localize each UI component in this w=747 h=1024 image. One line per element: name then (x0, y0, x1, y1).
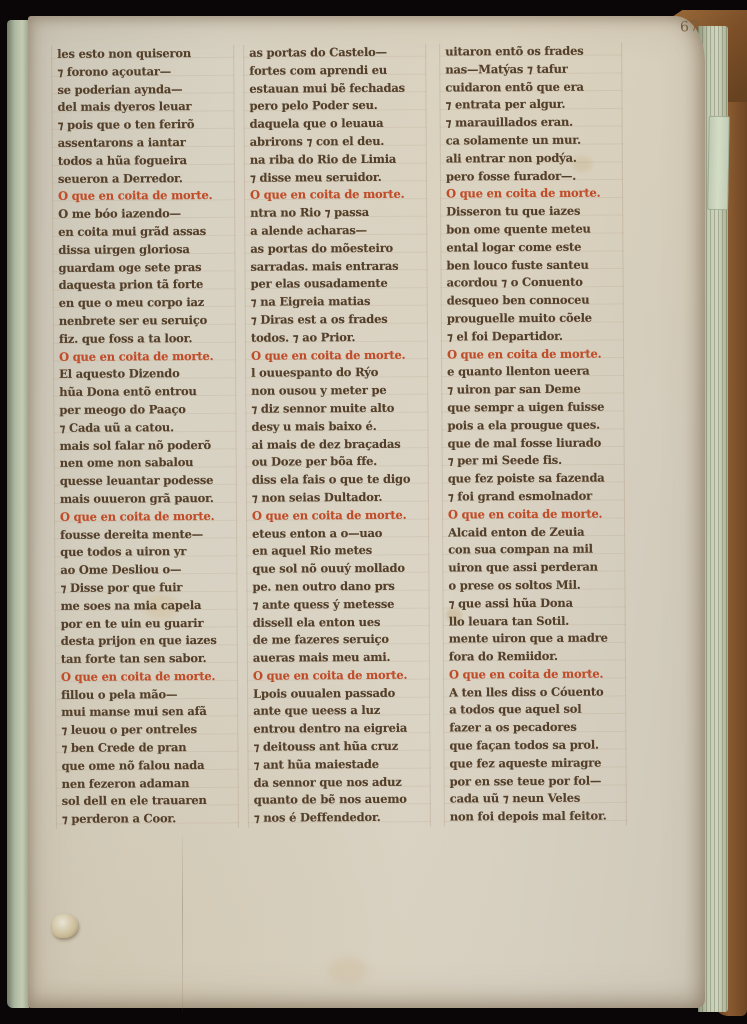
text-line: por en sse teue por fol— (450, 772, 621, 791)
text-line: ⁊ que assi hũa Dona (449, 594, 620, 613)
text-line: sarradas. mais entraras (250, 257, 421, 276)
text-line: non ousou y meter pe (251, 382, 422, 401)
text-line: todos a hũa fogueira (58, 152, 229, 171)
text-line: nen fezeron adaman (62, 774, 233, 793)
text-line: fazer a os pecadores (449, 719, 620, 738)
text-line: ou Doze per bõa ffe. (252, 453, 423, 472)
text-line: pois a ela prougue ques. (447, 416, 618, 435)
text-line: nen ome non sabalou (60, 454, 231, 473)
text-line: ao Ome Desliou o— (60, 561, 231, 580)
rubric-line: O que en coita de morte. (253, 667, 424, 686)
text-line: per elas ousadamente (251, 275, 422, 294)
text-line: ⁊ nos é Deffendedor. (254, 809, 425, 828)
text-line: en que o meu corpo iaz (59, 294, 230, 313)
text-line: diss ela fais o que te digo (252, 471, 423, 490)
rubric-line: O que en coita de morte. (250, 186, 421, 205)
text-line: me soes na mia capela (61, 597, 232, 616)
text-line: as portas do Castelo— (249, 44, 420, 63)
text-line: que sempr a uigen fuisse (447, 398, 618, 417)
text-line: ben louco fuste santeu (446, 256, 617, 275)
text-line: fortes com aprendi eu (249, 61, 420, 80)
text-line: assentarons a iantar (58, 134, 229, 153)
text-line: na riba do Rio de Limia (250, 150, 421, 169)
text-line: aueras mais meu ami. (253, 649, 424, 668)
text-line: mais ouueron grã pauor. (60, 490, 231, 509)
text-line: quesse leuantar podesse (60, 472, 231, 491)
text-line: dissa uirgen gloriosa (58, 241, 229, 260)
text-line: fora do Remiidor. (449, 648, 620, 667)
text-line: que ome nõ falou nada (61, 757, 232, 776)
text-line: nas—Matýas ⁊ tafur (445, 60, 616, 79)
text-line: desta prijon en que iazes (61, 632, 232, 651)
rubric-line: O que en coita de morte. (449, 665, 620, 684)
text-line: desqueo ben connoceu (447, 292, 618, 311)
text-line: en aquel Rio metes (252, 542, 423, 561)
text-line: ⁊ ben Crede de pran (61, 739, 232, 758)
text-line: que fez poiste sa fazenda (448, 470, 619, 489)
text-line: fousse dereita mente— (60, 525, 231, 544)
text-line: as portas do mõesteiro (250, 239, 421, 258)
text-line: hũa Dona entõ entrou (59, 383, 230, 402)
text-line: ca solamente un mur. (446, 131, 617, 150)
text-line: ⁊ ant hũa maiestade (253, 756, 424, 775)
text-line: ⁊ Diras est a os frades (251, 311, 422, 330)
text-line: que de mal fosse liurado (448, 434, 619, 453)
text-line: que todos a uiron yr (60, 543, 231, 562)
text-line: da sennor que nos aduz (254, 773, 425, 792)
text-line: daquela que o leuaua (250, 115, 421, 134)
text-line: seueron a Derredor. (58, 169, 229, 188)
text-line: ental logar come este (446, 238, 617, 257)
text-line: sol dell en ele trauaren (62, 792, 233, 811)
text-line: ⁊ forono açoutar— (57, 63, 228, 82)
text-line: e quanto llenton ueera (447, 363, 618, 382)
text-line: pero pelo Poder seu. (249, 97, 420, 116)
text-line: a alende acharas— (250, 222, 421, 241)
text-line: ali entrar non podýa. (446, 149, 617, 168)
text-line: que fez aqueste miragre (449, 754, 620, 773)
text-line: ⁊ ante quess ý metesse (253, 595, 424, 614)
text-line: ⁊ per mi Seede fis. (448, 452, 619, 471)
text-line: de me fazeres seruiço (253, 631, 424, 650)
text-line: guardam oge sete pras (58, 258, 229, 277)
text-line: ante que ueess a luz (253, 702, 424, 721)
text-line: les esto non quiseron (57, 45, 228, 64)
text-line: dissell ela enton ues (253, 613, 424, 632)
text-line: Alcaid enton de Zeuia (448, 523, 619, 542)
text-line: nenbrete ser eu seruiço (59, 312, 230, 331)
text-line: ⁊ na Eigreia matias (251, 293, 422, 312)
text-line: en coita mui grãd assas (58, 223, 229, 242)
text-line: bon ome quente meteu (446, 220, 617, 239)
rubric-line: O que en coita de morte. (58, 187, 229, 206)
text-line: ⁊ deitouss ant hũa cruz (253, 738, 424, 757)
rubric-line: O que en coita de morte. (448, 505, 619, 524)
text-line: l ouuespanto do Rýo (251, 364, 422, 383)
text-line: ⁊ pois que o ten ferirõ (58, 116, 229, 135)
rubric-line: O que en coita de morte. (446, 185, 617, 204)
text-line: o prese os soltos Mil. (448, 576, 619, 595)
text-line: ntra no Rio ⁊ passa (250, 204, 421, 223)
text-line: Disseron tu que iazes (446, 203, 617, 222)
text-line: ⁊ foi grand esmolnador (448, 487, 619, 506)
photo-background: 67 les esto non quiseron⁊ forono açoutar… (0, 0, 747, 1024)
text-line: mui manse mui sen afã (61, 703, 232, 722)
rubric-line: O que en coita de morte. (59, 347, 230, 366)
text-line: con sua compan na mil (448, 541, 619, 560)
text-line: per meogo do Paaço (59, 401, 230, 420)
rubric-line: O que en coita de morte. (447, 345, 618, 364)
rubric-line: O que en coita de morte. (60, 508, 231, 527)
text-line: todos. ⁊ ao Prior. (251, 328, 422, 347)
text-line: eteus enton a o—uao (252, 524, 423, 543)
text-line: quanto de bẽ nos auemo (254, 791, 425, 810)
text-line: se poderian aynda— (57, 80, 228, 99)
text-column-3: uitaron entõ os fradesnas—Matýas ⁊ tafur… (439, 42, 627, 826)
text-column-2: as portas do Castelo—fortes com aprendi … (243, 44, 431, 828)
text-line: uiron que assi perderan (448, 559, 619, 578)
text-line: ⁊ marauillados eran. (446, 114, 617, 133)
text-line: por en te uin eu guarir (61, 614, 232, 633)
text-line: a todos que aquel sol (449, 701, 620, 720)
text-line: llo leuara tan Sotil. (449, 612, 620, 631)
text-line: abrirons ⁊ con el deu. (250, 133, 421, 152)
text-line: que sol nõ ouuý mollado (252, 560, 423, 579)
text-line: Lpois ouualen passado (253, 684, 424, 703)
text-line: ⁊ Cada uũ a catou. (59, 419, 230, 438)
text-line: ⁊ diz sennor muite alto (251, 400, 422, 419)
text-line: mais sol falar nõ poderõ (60, 436, 231, 455)
bookmark-tab (707, 116, 730, 210)
text-line: ⁊ disse meu seruidor. (250, 168, 421, 187)
text-line: acordou ⁊ o Conuento (447, 274, 618, 293)
text-line: fillou o pela mão— (61, 686, 232, 705)
text-line: uitaron entõ os frades (445, 42, 616, 61)
text-line: ⁊ leuou o per ontreles (61, 721, 232, 740)
text-line: desy u mais baixo é. (251, 417, 422, 436)
text-line: prouguelle muito cõele (447, 309, 618, 328)
text-line: tan forte tan sen sabor. (61, 650, 232, 669)
text-line: ⁊ non seias Dultador. (252, 489, 423, 508)
text-block: les esto non quiseron⁊ forono açoutar—se… (25, 14, 708, 1010)
text-line: ai mais de dez braçadas (252, 435, 423, 454)
text-line: mente uiron que a madre (449, 630, 620, 649)
text-line: entrou dentro na eigreia (253, 720, 424, 739)
text-line: pe. nen outro dano prs (252, 578, 423, 597)
text-line: estauan mui bẽ fechadas (249, 79, 420, 98)
rubric-line: O que en coita de morte. (251, 346, 422, 365)
rubric-line: O que en coita de morte. (252, 506, 423, 525)
text-line: ⁊ el foi Departidor. (447, 327, 618, 346)
manuscript-page: 67 les esto non quiseron⁊ forono açoutar… (28, 16, 705, 1008)
text-line: A ten lles diss o Cóuento (449, 683, 620, 702)
text-line: pero fosse furador—. (446, 167, 617, 186)
text-line: que façan todos sa prol. (449, 737, 620, 756)
text-column-1: les esto non quiseron⁊ forono açoutar—se… (51, 45, 239, 829)
text-line: daquesta prion tã forte (59, 276, 230, 295)
text-line: del mais dyeros leuar (57, 98, 228, 117)
text-line: El aquesto Dizendo (59, 365, 230, 384)
text-line: cada uũ ⁊ neun Veles (450, 790, 621, 809)
rubric-line: O que en coita de morte. (61, 668, 232, 687)
text-line: non foi depois mal feitor. (450, 808, 621, 827)
text-line: ⁊ entrata per algur. (445, 96, 616, 115)
text-line: ⁊ perderon a Coor. (62, 810, 233, 829)
text-line: ⁊ uiron par san Deme (447, 381, 618, 400)
text-line: ⁊ Disse por que fuir (60, 579, 231, 598)
text-line: O me bóo iazendo— (58, 205, 229, 224)
text-line: cuidaron entõ que era (445, 78, 616, 97)
text-line: fiz. que foss a ta loor. (59, 330, 230, 349)
